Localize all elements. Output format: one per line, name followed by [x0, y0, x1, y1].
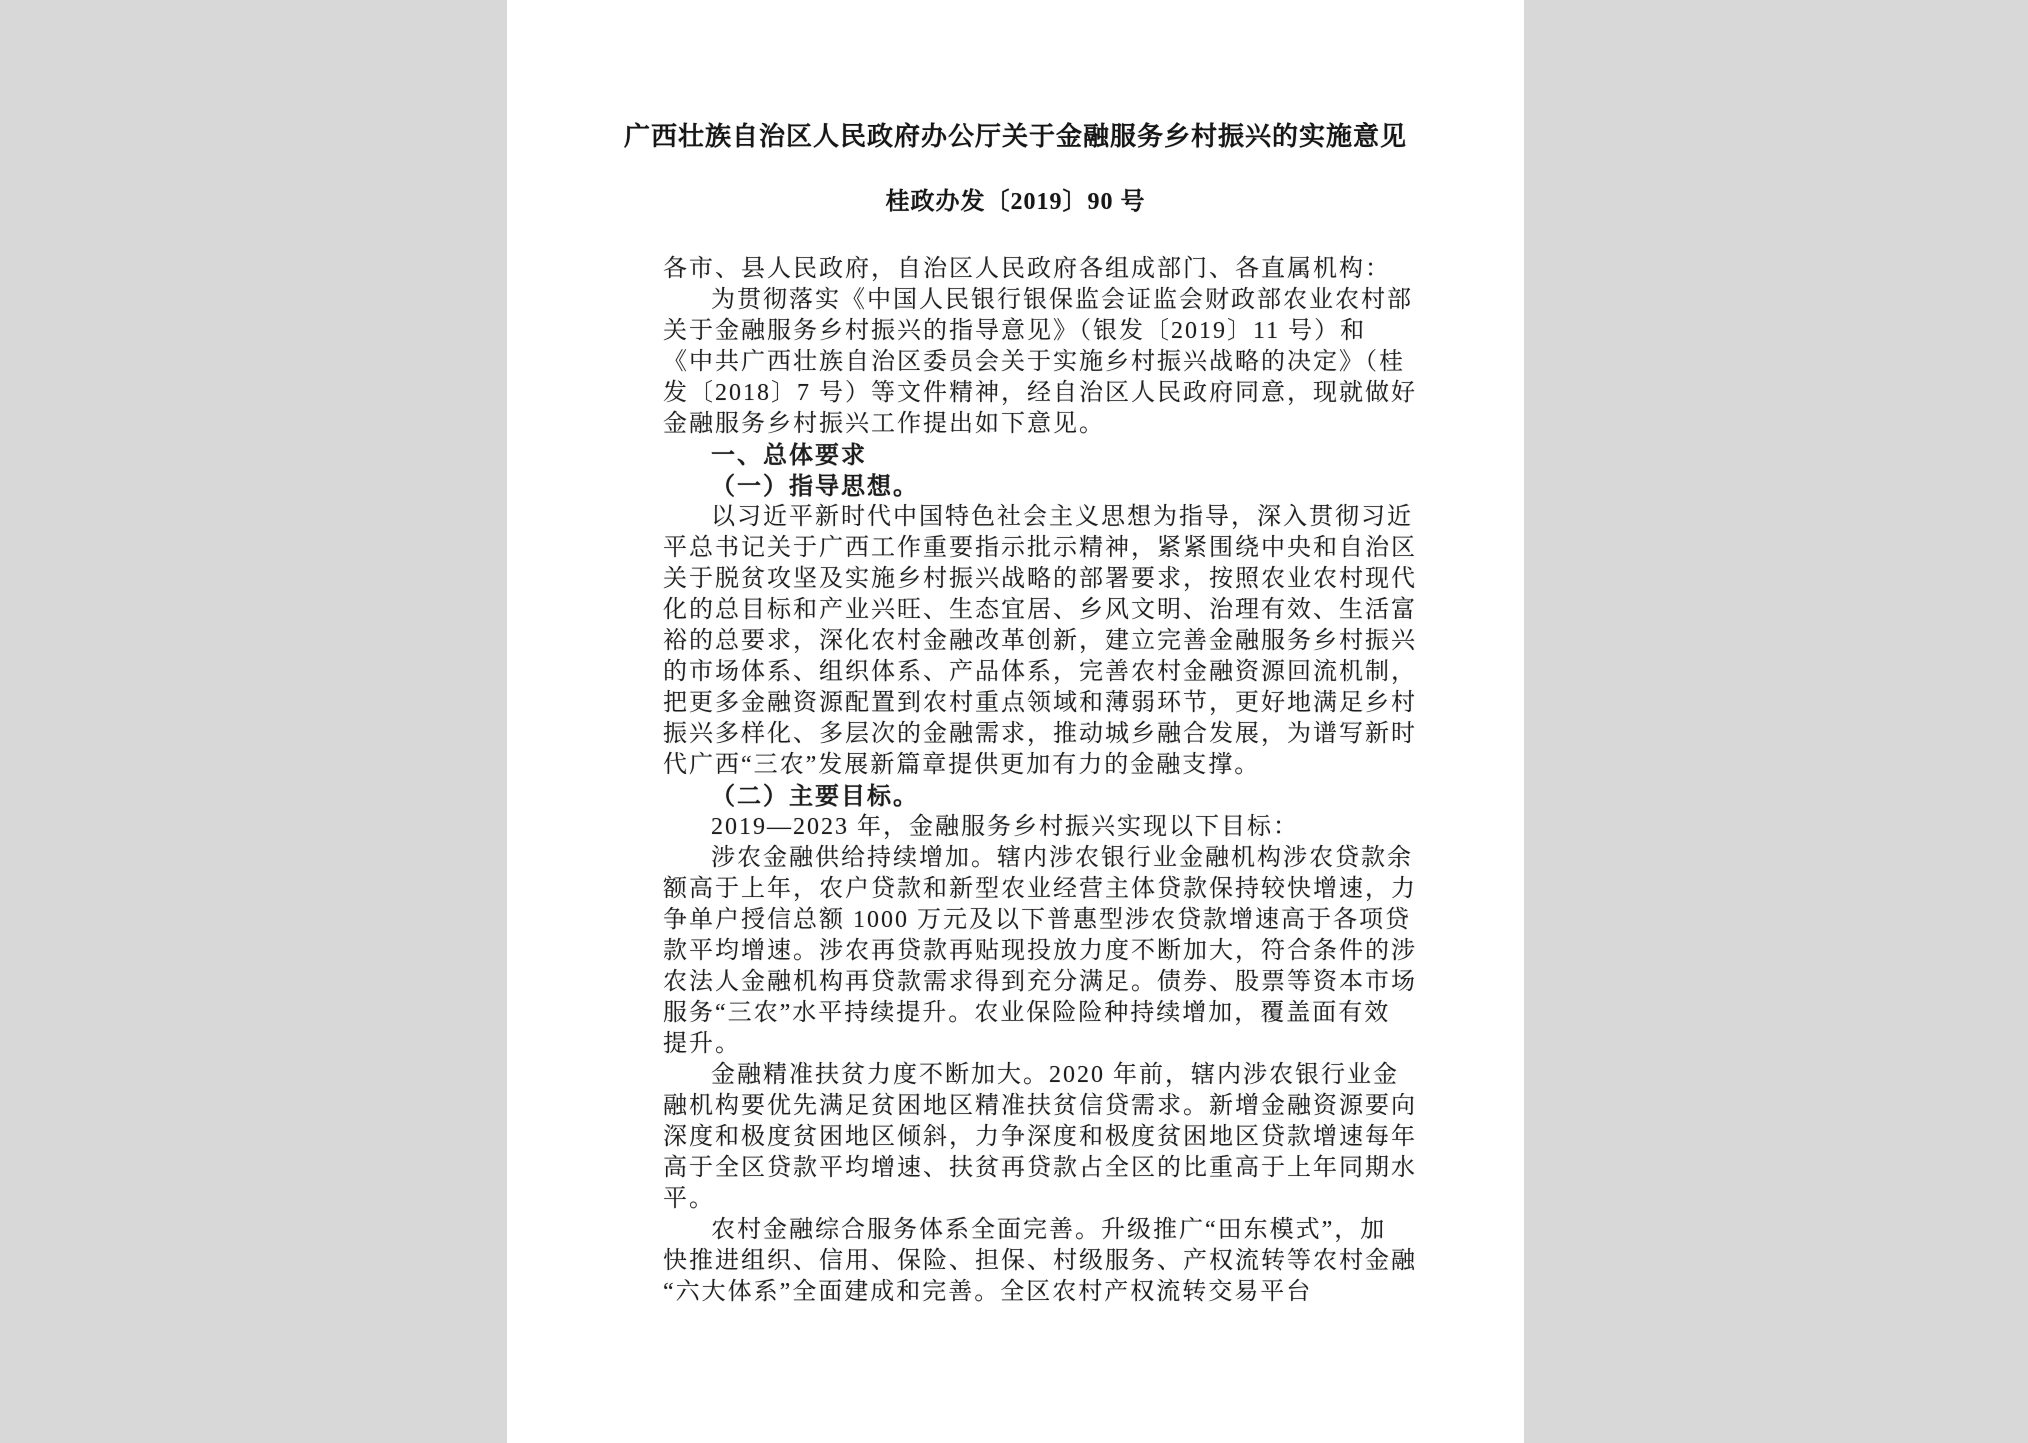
document-line: 把更多金融资源配置到农村重点领域和薄弱环节，更好地满足乡村	[663, 688, 1403, 719]
document-line: 的市场体系、组织体系、产品体系，完善农村金融资源回流机制，	[663, 657, 1403, 688]
document-line: 2019—2023 年，金融服务乡村振兴实现以下目标：	[663, 812, 1403, 843]
document-line: 代广西“三农”发展新篇章提供更加有力的金融支撑。	[663, 750, 1403, 781]
document-line: 振兴多样化、多层次的金融需求，推动城乡融合发展，为谱写新时	[663, 719, 1403, 750]
document-line: 提升。	[663, 1029, 1403, 1060]
document-line: 平。	[663, 1184, 1403, 1215]
document-line: 争单户授信总额 1000 万元及以下普惠型涉农贷款增速高于各项贷	[663, 905, 1403, 936]
document-line: 关于脱贫攻坚及实施乡村振兴战略的部署要求，按照农业农村现代	[663, 564, 1403, 595]
document-line: 关于金融服务乡村振兴的指导意见》（银发〔2019〕11 号）和	[663, 316, 1403, 347]
document-title: 广西壮族自治区人民政府办公厅关于金融服务乡村振兴的实施意见	[507, 0, 1524, 153]
page-background: 广西壮族自治区人民政府办公厅关于金融服务乡村振兴的实施意见 桂政办发〔2019〕…	[0, 0, 2028, 1443]
document-line: “六大体系”全面建成和完善。全区农村产权流转交易平台	[663, 1277, 1403, 1308]
document-page: 广西壮族自治区人民政府办公厅关于金融服务乡村振兴的实施意见 桂政办发〔2019〕…	[507, 0, 1524, 1443]
document-line: 农法人金融机构再贷款需求得到充分满足。债券、股票等资本市场	[663, 967, 1403, 998]
document-line: 发〔2018〕7 号）等文件精神，经自治区人民政府同意，现就做好	[663, 378, 1403, 409]
document-body: 各市、县人民政府，自治区人民政府各组成部门、各直属机构：为贯彻落实《中国人民银行…	[507, 254, 1403, 1308]
section-heading: 一、总体要求	[663, 440, 1403, 471]
section-heading: （一）指导思想。	[663, 471, 1403, 502]
document-number: 桂政办发〔2019〕90 号	[507, 187, 1524, 217]
document-line: 款平均增速。涉农再贷款再贴现投放力度不断加大，符合条件的涉	[663, 936, 1403, 967]
document-line: 金融精准扶贫力度不断加大。2020 年前，辖内涉农银行业金	[663, 1060, 1403, 1091]
document-line: 额高于上年，农户贷款和新型农业经营主体贷款保持较快增速，力	[663, 874, 1403, 905]
document-line: 高于全区贷款平均增速、扶贫再贷款占全区的比重高于上年同期水	[663, 1153, 1403, 1184]
document-line: 农村金融综合服务体系全面完善。升级推广“田东模式”，加	[663, 1215, 1403, 1246]
document-line: 金融服务乡村振兴工作提出如下意见。	[663, 409, 1403, 440]
document-line: 涉农金融供给持续增加。辖内涉农银行业金融机构涉农贷款余	[663, 843, 1403, 874]
document-line: 快推进组织、信用、保险、担保、村级服务、产权流转等农村金融	[663, 1246, 1403, 1277]
document-line: 以习近平新时代中国特色社会主义思想为指导，深入贯彻习近	[663, 502, 1403, 533]
document-line: 服务“三农”水平持续提升。农业保险险种持续增加，覆盖面有效	[663, 998, 1403, 1029]
document-line: 裕的总要求，深化农村金融改革创新，建立完善金融服务乡村振兴	[663, 626, 1403, 657]
document-line: 《中共广西壮族自治区委员会关于实施乡村振兴战略的决定》（桂	[663, 347, 1403, 378]
document-line: 深度和极度贫困地区倾斜，力争深度和极度贫困地区贷款增速每年	[663, 1122, 1403, 1153]
document-line: 平总书记关于广西工作重要指示批示精神，紧紧围绕中央和自治区	[663, 533, 1403, 564]
section-heading: （二）主要目标。	[663, 781, 1403, 812]
document-line: 融机构要优先满足贫困地区精准扶贫信贷需求。新增金融资源要向	[663, 1091, 1403, 1122]
document-line: 各市、县人民政府，自治区人民政府各组成部门、各直属机构：	[663, 254, 1403, 285]
document-line: 化的总目标和产业兴旺、生态宜居、乡风文明、治理有效、生活富	[663, 595, 1403, 626]
document-line: 为贯彻落实《中国人民银行银保监会证监会财政部农业农村部	[663, 285, 1403, 316]
